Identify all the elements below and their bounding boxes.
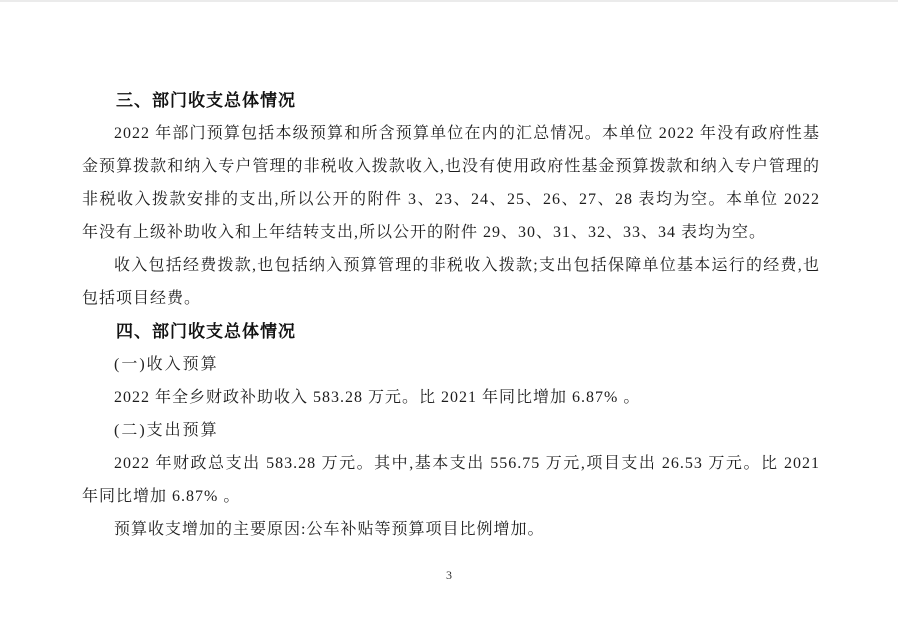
subheading-expense-budget: (二)支出预算 [82,414,820,447]
page-number: 3 [0,566,898,584]
paragraph-expense-budget-detail: 2022 年财政总支出 583.28 万元。其中,基本支出 556.75 万元,… [82,447,820,513]
subheading-income-budget: (一)收入预算 [82,348,820,381]
paragraph-income-budget-detail: 2022 年全乡财政补助收入 583.28 万元。比 2021 年同比增加 6.… [82,381,820,414]
section-heading-three: 三、部门收支总体情况 [82,84,820,117]
paragraph-increase-reason: 预算收支增加的主要原因:公车补贴等预算项目比例增加。 [82,513,820,546]
document-page: 三、部门收支总体情况 2022 年部门预算包括本级预算和所含预算单位在内的汇总情… [0,0,898,635]
page-top-edge-line [0,0,898,2]
document-content: 三、部门收支总体情况 2022 年部门预算包括本级预算和所含预算单位在内的汇总情… [82,84,820,546]
paragraph-budget-scope: 2022 年部门预算包括本级预算和所含预算单位在内的汇总情况。本单位 2022 … [82,117,820,249]
paragraph-income-expense-composition: 收入包括经费拨款,也包括纳入预算管理的非税收入拨款;支出包括保障单位基本运行的经… [82,249,820,315]
section-heading-four: 四、部门收支总体情况 [82,315,820,348]
